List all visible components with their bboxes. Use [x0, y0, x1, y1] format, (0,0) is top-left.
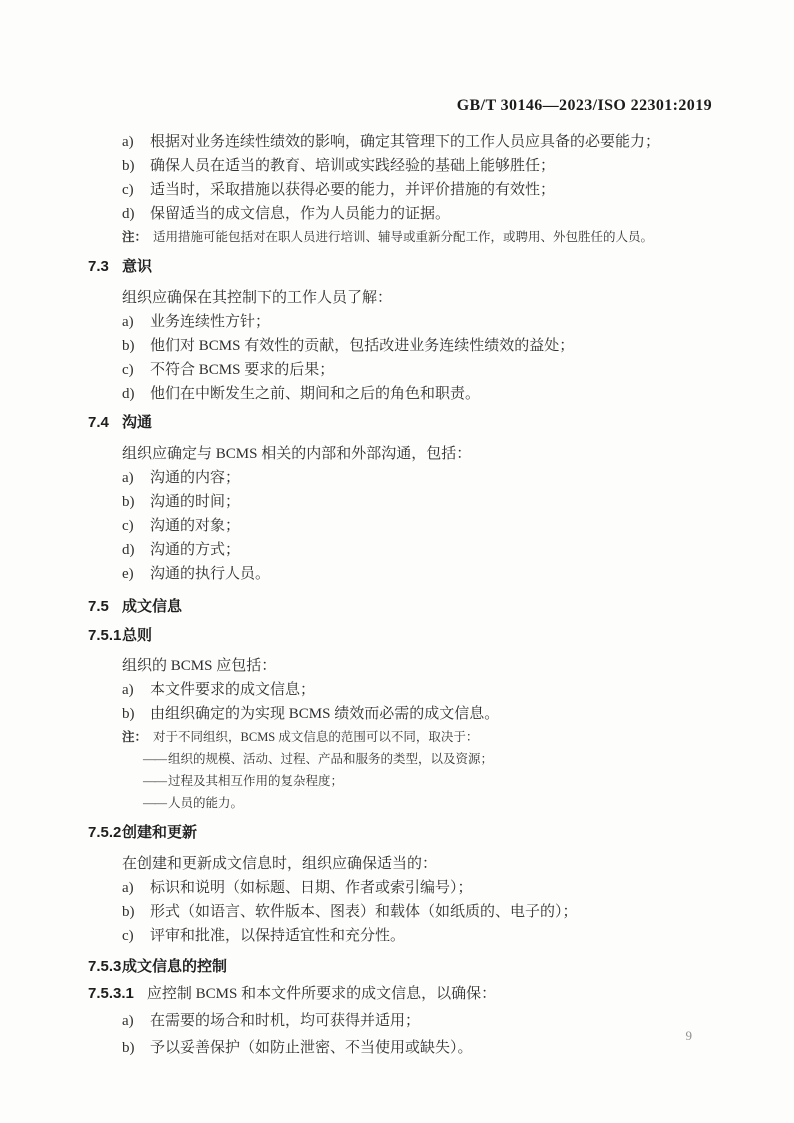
- list-text: 标识和说明（如标题、日期、作者或索引编号）；: [150, 876, 712, 900]
- section-heading-7-5-1: 7.5.1 总则: [88, 624, 712, 648]
- note-text: 适用措施可能包括对在职人员进行培训、辅导或重新分配工作，或聘用、外包胜任的人员。: [153, 226, 653, 248]
- list-item: a) 业务连续性方针；: [88, 310, 712, 334]
- note: 注： 对于不同组织，BCMS 成文信息的范围可以不同，取决于：: [122, 726, 712, 748]
- document-page: GB/T 30146—2023/ISO 22301:2019 a) 根据对业务连…: [0, 0, 794, 1123]
- section-heading-7-5-2: 7.5.2 创建和更新: [88, 821, 712, 845]
- list-marker: a): [122, 678, 150, 702]
- section-title: 创建和更新: [122, 821, 197, 845]
- section-title: 意识: [122, 255, 152, 279]
- clause-text: 应控制 BCMS 和本文件所要求的成文信息，以确保：: [147, 982, 496, 1006]
- intro-paragraph: 组织的 BCMS 应包括：: [122, 654, 712, 678]
- section-title: 沟通: [122, 411, 152, 435]
- section-number: 7.5.1: [88, 624, 122, 648]
- note-label: 注：: [122, 726, 147, 748]
- list-text: 在需要的场合和时机，均可获得并适用；: [150, 1009, 712, 1033]
- list-marker: c): [122, 178, 150, 202]
- list-item: a) 在需要的场合和时机，均可获得并适用；: [88, 1009, 712, 1033]
- list-item: b) 确保人员在适当的教育、培训或实践经验的基础上能够胜任；: [88, 154, 712, 178]
- list-item: b) 形式（如语言、软件版本、图表）和载体（如纸质的、电子的）；: [88, 900, 712, 924]
- list-text: 沟通的执行人员。: [150, 562, 712, 586]
- list-marker: a): [122, 130, 150, 154]
- section-number: 7.3: [88, 255, 122, 279]
- section-number: 7.4: [88, 411, 122, 435]
- list-marker: b): [122, 154, 150, 178]
- list-text: 形式（如语言、软件版本、图表）和载体（如纸质的、电子的）；: [150, 900, 712, 924]
- list-item: a) 根据对业务连续性绩效的影响，确定其管理下的工作人员应具备的必要能力；: [88, 130, 712, 154]
- list-item: a) 本文件要求的成文信息；: [88, 678, 712, 702]
- dash-marker: ——: [143, 792, 166, 814]
- list-item: a) 标识和说明（如标题、日期、作者或索引编号）；: [88, 876, 712, 900]
- list-marker: e): [122, 562, 150, 586]
- list-marker: a): [122, 876, 150, 900]
- list-item: d) 他们在中断发生之前、期间和之后的角色和职责。: [88, 382, 712, 406]
- note-text: 对于不同组织，BCMS 成文信息的范围可以不同，取决于：: [153, 726, 478, 748]
- list-item: e) 沟通的执行人员。: [88, 562, 712, 586]
- section-number: 7.5.3: [88, 955, 122, 979]
- clause-number: 7.5.3.1: [88, 982, 134, 1006]
- section-title: 成文信息的控制: [122, 955, 227, 979]
- section-title: 成文信息: [122, 595, 182, 619]
- list-text: 他们对 BCMS 有效性的贡献，包括改进业务连续性绩效的益处；: [150, 334, 712, 358]
- list-text: 不符合 BCMS 要求的后果；: [150, 358, 712, 382]
- dash-list-item: —— 组织的规模、活动、过程、产品和服务的类型，以及资源；: [143, 748, 712, 770]
- list-marker: b): [122, 1036, 150, 1060]
- list-marker: c): [122, 514, 150, 538]
- list-marker: a): [122, 310, 150, 334]
- list-marker: b): [122, 900, 150, 924]
- list-text: 他们在中断发生之前、期间和之后的角色和职责。: [150, 382, 712, 406]
- list-item: d) 沟通的方式；: [88, 538, 712, 562]
- list-marker: d): [122, 382, 150, 406]
- section-number: 7.5.2: [88, 821, 122, 845]
- list-marker: d): [122, 538, 150, 562]
- standard-code-header: GB/T 30146—2023/ISO 22301:2019: [88, 96, 712, 116]
- page-number: 9: [686, 1028, 693, 1044]
- list-marker: b): [122, 702, 150, 726]
- list-marker: c): [122, 358, 150, 382]
- list-text: 根据对业务连续性绩效的影响，确定其管理下的工作人员应具备的必要能力；: [150, 130, 712, 154]
- section-heading-7-4: 7.4 沟通: [88, 411, 712, 435]
- section-heading-7-3: 7.3 意识: [88, 255, 712, 279]
- note-label: 注：: [122, 226, 147, 248]
- list-marker: c): [122, 924, 150, 948]
- dash-text: 组织的规模、活动、过程、产品和服务的类型，以及资源；: [168, 748, 493, 770]
- list-text: 沟通的对象；: [150, 514, 712, 538]
- list-item: c) 评审和批准，以保持适宜性和充分性。: [88, 924, 712, 948]
- list-item: b) 沟通的时间；: [88, 490, 712, 514]
- list-text: 评审和批准，以保持适宜性和充分性。: [150, 924, 712, 948]
- list-marker: b): [122, 490, 150, 514]
- section-number: 7.5: [88, 595, 122, 619]
- dash-marker: ——: [143, 748, 166, 770]
- list-text: 予以妥善保护（如防止泄密、不当使用或缺失）。: [150, 1036, 712, 1060]
- list-text: 保留适当的成文信息，作为人员能力的证据。: [150, 202, 712, 226]
- dash-text: 过程及其相互作用的复杂程度；: [168, 770, 343, 792]
- list-text: 确保人员在适当的教育、培训或实践经验的基础上能够胜任；: [150, 154, 712, 178]
- list-text: 由组织确定的为实现 BCMS 绩效而必需的成文信息。: [150, 702, 712, 726]
- page-content: GB/T 30146—2023/ISO 22301:2019 a) 根据对业务连…: [88, 96, 712, 1060]
- list-item: b) 予以妥善保护（如防止泄密、不当使用或缺失）。: [88, 1036, 712, 1060]
- list-item: c) 不符合 BCMS 要求的后果；: [88, 358, 712, 382]
- list-item: c) 适当时，采取措施以获得必要的能力，并评价措施的有效性；: [88, 178, 712, 202]
- list-marker: a): [122, 1009, 150, 1033]
- list-item: b) 由组织确定的为实现 BCMS 绩效而必需的成文信息。: [88, 702, 712, 726]
- dash-text: 人员的能力。: [168, 792, 243, 814]
- list-marker: b): [122, 334, 150, 358]
- list-text: 本文件要求的成文信息；: [150, 678, 712, 702]
- dash-marker: ——: [143, 770, 166, 792]
- intro-paragraph: 组织应确保在其控制下的工作人员了解：: [122, 286, 712, 310]
- clause-7-5-3-1: 7.5.3.1 应控制 BCMS 和本文件所要求的成文信息，以确保：: [88, 982, 712, 1006]
- list-text: 沟通的时间；: [150, 490, 712, 514]
- list-text: 沟通的内容；: [150, 466, 712, 490]
- dash-list-item: —— 过程及其相互作用的复杂程度；: [143, 770, 712, 792]
- list-item: a) 沟通的内容；: [88, 466, 712, 490]
- list-marker: d): [122, 202, 150, 226]
- note: 注： 适用措施可能包括对在职人员进行培训、辅导或重新分配工作，或聘用、外包胜任的…: [122, 226, 712, 248]
- list-marker: a): [122, 466, 150, 490]
- section-title: 总则: [122, 624, 152, 648]
- list-text: 沟通的方式；: [150, 538, 712, 562]
- list-text: 业务连续性方针；: [150, 310, 712, 334]
- section-heading-7-5: 7.5 成文信息: [88, 595, 712, 619]
- list-item: c) 沟通的对象；: [88, 514, 712, 538]
- dash-list-item: —— 人员的能力。: [143, 792, 712, 814]
- intro-paragraph: 在创建和更新成文信息时，组织应确保适当的：: [122, 852, 712, 876]
- list-text: 适当时，采取措施以获得必要的能力，并评价措施的有效性；: [150, 178, 712, 202]
- intro-paragraph: 组织应确定与 BCMS 相关的内部和外部沟通，包括：: [122, 442, 712, 466]
- section-heading-7-5-3: 7.5.3 成文信息的控制: [88, 955, 712, 979]
- list-item: b) 他们对 BCMS 有效性的贡献，包括改进业务连续性绩效的益处；: [88, 334, 712, 358]
- list-item: d) 保留适当的成文信息，作为人员能力的证据。: [88, 202, 712, 226]
